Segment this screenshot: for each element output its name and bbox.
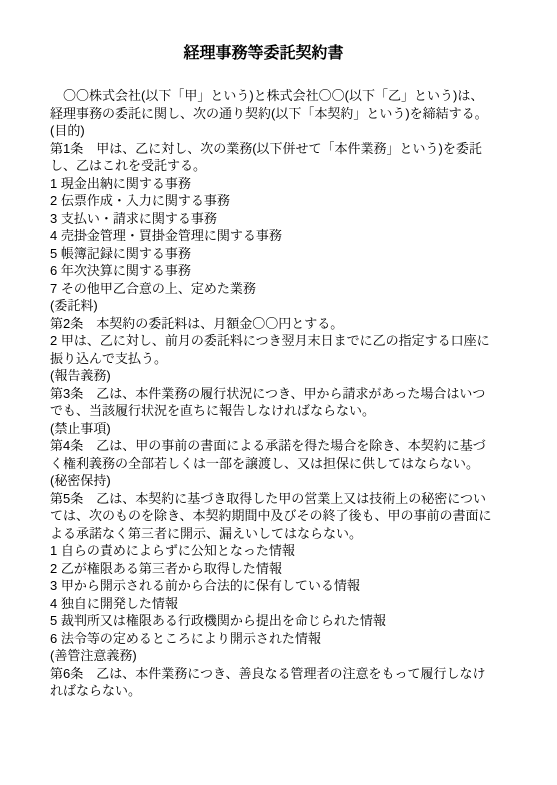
article-5-item: 5 裁判所又は権限ある行政機関から提出を命じられた情報 <box>50 612 537 630</box>
article-4-line: 第4条 乙は、甲の事前の書面による承諾を得た場合を除き、本契約に基づ <box>50 437 537 455</box>
article-6-line: ればならない。 <box>50 682 537 700</box>
article-2-line: 2 甲は、乙に対し、前月の委託料につき翌月末日までに乙の指定する口座に <box>50 332 537 350</box>
article-5-item: 3 甲から開示される前から合法的に保有している情報 <box>50 577 537 595</box>
article-3-line: でも、当該履行状況を直ちに報告しなければならない。 <box>50 402 537 420</box>
section-heading-purpose: (目的) <box>50 122 537 140</box>
document-title: 経理事務等委託契約書 <box>50 40 477 63</box>
article-1-item: 6 年次決算に関する事務 <box>50 262 537 280</box>
article-1-item: 5 帳簿記録に関する事務 <box>50 245 537 263</box>
contract-document-page: 経理事務等委託契約書 〇〇株式会社(以下「甲」という)と株式会社〇〇(以下「乙」… <box>0 0 557 785</box>
article-1-item: 2 伝票作成・入力に関する事務 <box>50 192 537 210</box>
document-body: 〇〇株式会社(以下「甲」という)と株式会社〇〇(以下「乙」という)は、 経理事務… <box>50 87 537 700</box>
article-5-line: よる承諾なく第三者に開示、漏えいしてはならない。 <box>50 525 537 543</box>
article-2-line: 第2条 本契約の委託料は、月額金〇〇円とする。 <box>50 315 537 333</box>
section-heading-prohibition: (禁止事項) <box>50 420 537 438</box>
article-1-item: 1 現金出納に関する事務 <box>50 175 537 193</box>
article-1-line: 第1条 甲は、乙に対し、次の業務(以下併せて「本件業務」という)を委託 <box>50 140 537 158</box>
article-5-item: 4 独自に開発した情報 <box>50 595 537 613</box>
article-5-item: 1 自らの責めによらずに公知となった情報 <box>50 542 537 560</box>
article-2-line: 振り込んで支払う。 <box>50 350 537 368</box>
article-1-item: 4 売掛金管理・買掛金管理に関する事務 <box>50 227 537 245</box>
article-1-item: 3 支払い・請求に関する事務 <box>50 210 537 228</box>
article-5-line: 第5条 乙は、本契約に基づき取得した甲の営業上又は技術上の秘密につい <box>50 490 537 508</box>
article-6-line: 第6条 乙は、本件業務につき、善良なる管理者の注意をもって履行しなけ <box>50 665 537 683</box>
article-5-item: 2 乙が権限ある第三者から取得した情報 <box>50 560 537 578</box>
section-heading-due-care: (善管注意義務) <box>50 647 537 665</box>
article-1-line: し、乙はこれを受託する。 <box>50 157 537 175</box>
section-heading-reporting: (報告義務) <box>50 367 537 385</box>
article-3-line: 第3条 乙は、本件業務の履行状況につき、甲から請求があった場合はいつ <box>50 385 537 403</box>
section-heading-confidentiality: (秘密保持) <box>50 472 537 490</box>
article-5-item: 6 法令等の定めるところにより開示された情報 <box>50 630 537 648</box>
article-5-line: ては、次のものを除き、本契約期間中及びその終了後も、甲の事前の書面に <box>50 507 537 525</box>
contract-intro-line: 経理事務の委託に関し、次の通り契約(以下「本契約」という)を締結する。 <box>50 105 537 123</box>
article-1-item: 7 その他甲乙合意の上、定めた業務 <box>50 280 537 298</box>
article-4-line: く権利義務の全部若しくは一部を譲渡し、又は担保に供してはならない。 <box>50 455 537 473</box>
section-heading-fee: (委託料) <box>50 297 537 315</box>
contract-intro-line: 〇〇株式会社(以下「甲」という)と株式会社〇〇(以下「乙」という)は、 <box>50 87 537 105</box>
